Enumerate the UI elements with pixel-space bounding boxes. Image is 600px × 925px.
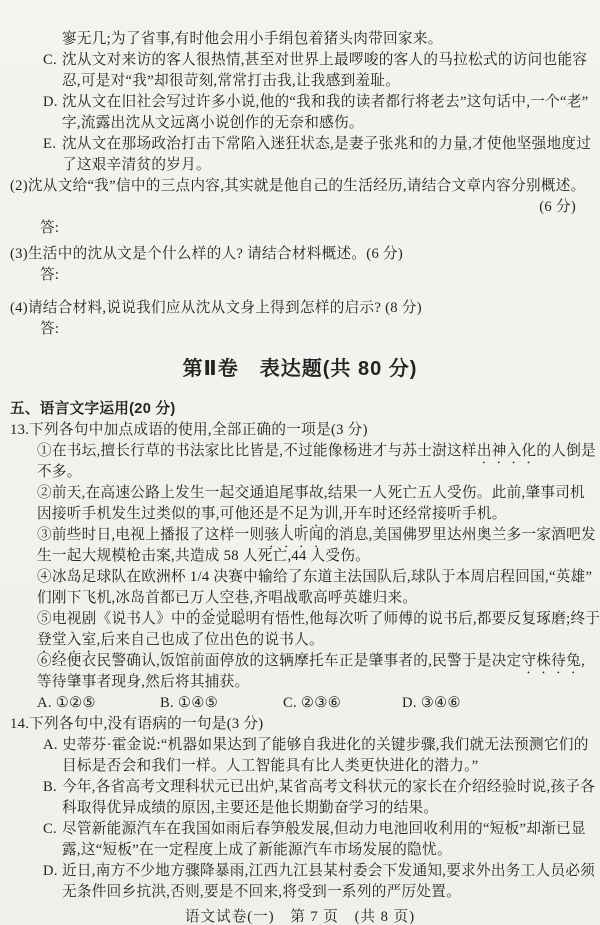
q13-i5-l2-idiom: 登堂入室	[37, 632, 97, 648]
q13-i1-l1-pre: ①在书坛,擅长行草的书法家比比皆是,不过能像杨进才与苏士澍这样	[37, 443, 477, 459]
q13-i3-l2-pre: 生一起大规模枪击案,共造成 58 人死亡,44 人受伤。	[37, 548, 370, 564]
q14-option-a-line-2: 目标是否会和我们一样。人工智能具有比人类更快进化的潜力。”	[0, 756, 600, 777]
q14-option-a-label: A.	[43, 735, 62, 756]
q13-choice-a: A. ①②⑤	[37, 693, 96, 714]
q13-i2-l2-pre: 因接听手机发生过类似的事,可他还是	[37, 506, 279, 522]
option-e-label: E.	[43, 134, 62, 155]
q13-item-6-line-2: 等待肇事者现身,然后将其捕获。	[0, 672, 600, 693]
q13-item-4-line-2: 们刚下飞机,冰岛首都已万人空巷,齐唱战歌高呼英雄归来。	[0, 588, 600, 609]
q13-choices-row: A. ①②⑤ B. ①④⑤ C. ②③⑥ D. ③④⑥	[0, 693, 600, 714]
q13-i3-l1-idiom: 骇人听闻	[264, 527, 324, 543]
q13-i4-l2-pre: 们刚下飞机,冰岛首都已	[37, 590, 190, 606]
q13-item-2-line-1: ②前天,在高速公路上发生一起交通追尾事故,结果一人死亡五人受伤。此前,肇事司机	[0, 483, 600, 504]
q13-item-5-line-1: ⑤电视剧《说书人》中的金觉聪明有悟性,他每次听了师傅的说书后,都要反复琢磨;终于	[0, 609, 600, 630]
q13-item-2-line-2: 因接听手机发生过类似的事,可他还是不足为训,开车时还经常接听手机。	[0, 504, 600, 525]
q13-i6-l1-idiom: 守株待兔	[522, 653, 582, 669]
q13-i3-l1-post: 的消息,美国佛罗里达州奥兰多一家酒吧发	[324, 527, 596, 543]
q14-option-d-line-1: D.近日,南方不少地方骤降暴雨,江西九江县某村委会下发通知,要求外出务工人员必须	[0, 861, 600, 882]
q13-i4-l2-idiom: 万人空巷	[190, 590, 250, 606]
q13-item-1-line-2: 不多。	[0, 462, 600, 483]
page-footer: 语文试卷(一) 第 7 页 (共 8 页)	[0, 907, 600, 925]
q13-i1-l2-pre: 不多。	[37, 464, 82, 480]
option-d-label: D.	[43, 92, 62, 113]
q13-i6-l1-pre: ⑥经便衣民警确认,饭馆前面停放的这辆摩托车正是肇事者的,民警于是决定	[37, 653, 522, 669]
q13-choice-b: B. ①④⑤	[160, 693, 218, 714]
question-2-score: (6 分)	[0, 197, 600, 218]
q13-i6-l2-pre: 等待肇事者现身,然后将其捕获。	[37, 674, 249, 690]
section-5-heading: 五、语言文字运用(20 分)	[0, 399, 600, 420]
q13-i6-l1-post: ,	[581, 653, 585, 669]
part-2-title: 第Ⅱ卷 表达题(共 80 分)	[0, 354, 600, 384]
q14-stem: 14.下列各句中,没有语病的一句是(3 分)	[0, 714, 600, 735]
q13-choice-d: D. ③④⑥	[402, 693, 461, 714]
question-2-answer-label: 答:	[0, 218, 600, 239]
option-d-text-1: 沈从文在旧社会写过许多小说,他的“我和我的读者都行将老去”这句话中,一个“老”	[62, 94, 589, 110]
q14-option-c-line-1: C.尽管新能源汽车在我国如雨后春笋般发展,但动力电池回收利用的“短板”却渐已显	[0, 819, 600, 840]
q14-option-d-text-1: 近日,南方不少地方骤降暴雨,江西九江县某村委会下发通知,要求外出务工人员必须	[62, 863, 595, 879]
option-e-line-1: E.沈从文在那场政治打击下常陷入迷狂状态,是妻子张兆和的力量,才使他坚强地度过	[0, 134, 600, 155]
option-b-continuation-line: 寥无几;为了省事,有时他会用小手绢包着猪头肉带回家来。	[0, 29, 600, 50]
q13-i4-l2-post: ,齐唱战歌高呼英雄归来。	[249, 590, 417, 606]
q13-i2-l1-pre: ②前天,在高速公路上发生一起交通追尾事故,结果一人死亡五人受伤。此前,肇事司机	[37, 485, 585, 501]
q13-i2-l2-post: ,开车时还经常接听手机。	[339, 506, 507, 522]
q13-item-5-line-2: 登堂入室,后来自己也成了位出色的说书人。	[0, 630, 600, 651]
exam-paper-page: 寥无几;为了省事,有时他会用小手绢包着猪头肉带回家来。 C.沈从文对来访的客人很…	[0, 0, 600, 925]
q13-item-6-line-1: ⑥经便衣民警确认,饭馆前面停放的这辆摩托车正是肇事者的,民警于是决定守株待兔,	[0, 651, 600, 672]
question-2-stem: (2)沈从文给“我”信中的三点内容,其实就是他自己的生活经历,请结合文章内容分别…	[0, 176, 600, 197]
q14-option-b-text-1: 今年,各省高考文理科状元已出炉,某省高考文科状元的家长在介绍经验时说,孩子各	[62, 779, 595, 795]
option-e-text-1: 沈从文在那场政治打击下常陷入迷狂状态,是妻子张兆和的力量,才使他坚强地度过	[62, 136, 591, 152]
option-d-line-2: 字,流露出沈从文远离小说创作的无奈和感伤。	[0, 113, 600, 134]
q14-option-c-line-2: 露,这“短板”在一定程度上成了新能源汽车市场发展的隐忧。	[0, 840, 600, 861]
q13-i5-l1-pre: ⑤电视剧《说书人》中的金觉聪明有悟性,他每次听了师傅的说书后,都要反复琢磨;终于	[37, 611, 600, 627]
q14-option-b-line-1: B.今年,各省高考文理科状元已出炉,某省高考文科状元的家长在介绍经验时说,孩子各	[0, 777, 600, 798]
option-e-line-2: 了这艰辛清贫的岁月。	[0, 155, 600, 176]
q14-option-d-label: D.	[43, 861, 62, 882]
q13-item-3-line-1: ③前些时日,电视上播报了这样一则骇人听闻的消息,美国佛罗里达州奥兰多一家酒吧发	[0, 525, 600, 546]
question-3-answer-label: 答:	[0, 265, 600, 286]
q14-option-a-text-1: 史蒂芬·霍金说:“机器如果达到了能够自我进化的关键步骤,我们就无法预测它们的	[62, 737, 589, 753]
option-c-text-1: 沈从文对来访的客人很热情,甚至对世界上最啰唆的客人的马拉松式的访问也能容	[62, 52, 587, 68]
q13-i3-l1-pre: ③前些时日,电视上播报了这样一则	[37, 527, 264, 543]
q13-item-3-line-2: 生一起大规模枪击案,共造成 58 人死亡,44 人受伤。	[0, 546, 600, 567]
q13-i2-l2-idiom: 不足为训	[279, 506, 339, 522]
q14-option-d-line-2: 无条件回乡抗洪,否则,要是不回来,将受到一系列的严厉处置。	[0, 882, 600, 903]
q14-option-c-label: C.	[43, 819, 62, 840]
q13-i1-l1-idiom: 出神入化	[477, 443, 537, 459]
q13-i1-l1-post: 的人倒是	[536, 443, 596, 459]
question-4-stem: (4)请结合材料,说说我们应从沈从文身上得到怎样的启示? (8 分)	[0, 298, 600, 319]
option-d-line-1: D.沈从文在旧社会写过许多小说,他的“我和我的读者都行将老去”这句话中,一个“老…	[0, 92, 600, 113]
q14-option-b-line-2: 科取得优异成绩的原因,主要还是他长期勤奋学习的结果。	[0, 798, 600, 819]
option-c-line-2: 忍,可是对“我”却很苛刻,常常打击我,让我感到羞耻。	[0, 71, 600, 92]
option-c-line-1: C.沈从文对来访的客人很热情,甚至对世界上最啰唆的客人的马拉松式的访问也能容	[0, 50, 600, 71]
q13-item-1-line-1: ①在书坛,擅长行草的书法家比比皆是,不过能像杨进才与苏士澍这样出神入化的人倒是	[0, 441, 600, 462]
q13-stem: 13.下列各句中加点成语的使用,全部正确的一项是(3 分)	[0, 420, 600, 441]
question-3-stem: (3)生活中的沈从文是个什么样的人? 请结合材料概述。(6 分)	[0, 244, 600, 265]
q14-option-a-line-1: A.史蒂芬·霍金说:“机器如果达到了能够自我进化的关键步骤,我们就无法预测它们的	[0, 735, 600, 756]
question-4-answer-label: 答:	[0, 319, 600, 340]
option-c-label: C.	[43, 50, 62, 71]
q13-i4-l1-pre: ④冰岛足球队在欧洲杯 1/4 决赛中输给了东道主法国队后,球队于本周启程回国,“…	[37, 569, 592, 585]
q14-option-b-label: B.	[43, 777, 62, 798]
q13-item-4-line-1: ④冰岛足球队在欧洲杯 1/4 决赛中输给了东道主法国队后,球队于本周启程回国,“…	[0, 567, 600, 588]
q13-choice-c: C. ②③⑥	[283, 693, 341, 714]
q14-option-c-text-1: 尽管新能源汽车在我国如雨后春笋般发展,但动力电池回收利用的“短板”却渐已显	[62, 821, 586, 837]
q13-i5-l2-post: ,后来自己也成了位出色的说书人。	[97, 632, 324, 648]
